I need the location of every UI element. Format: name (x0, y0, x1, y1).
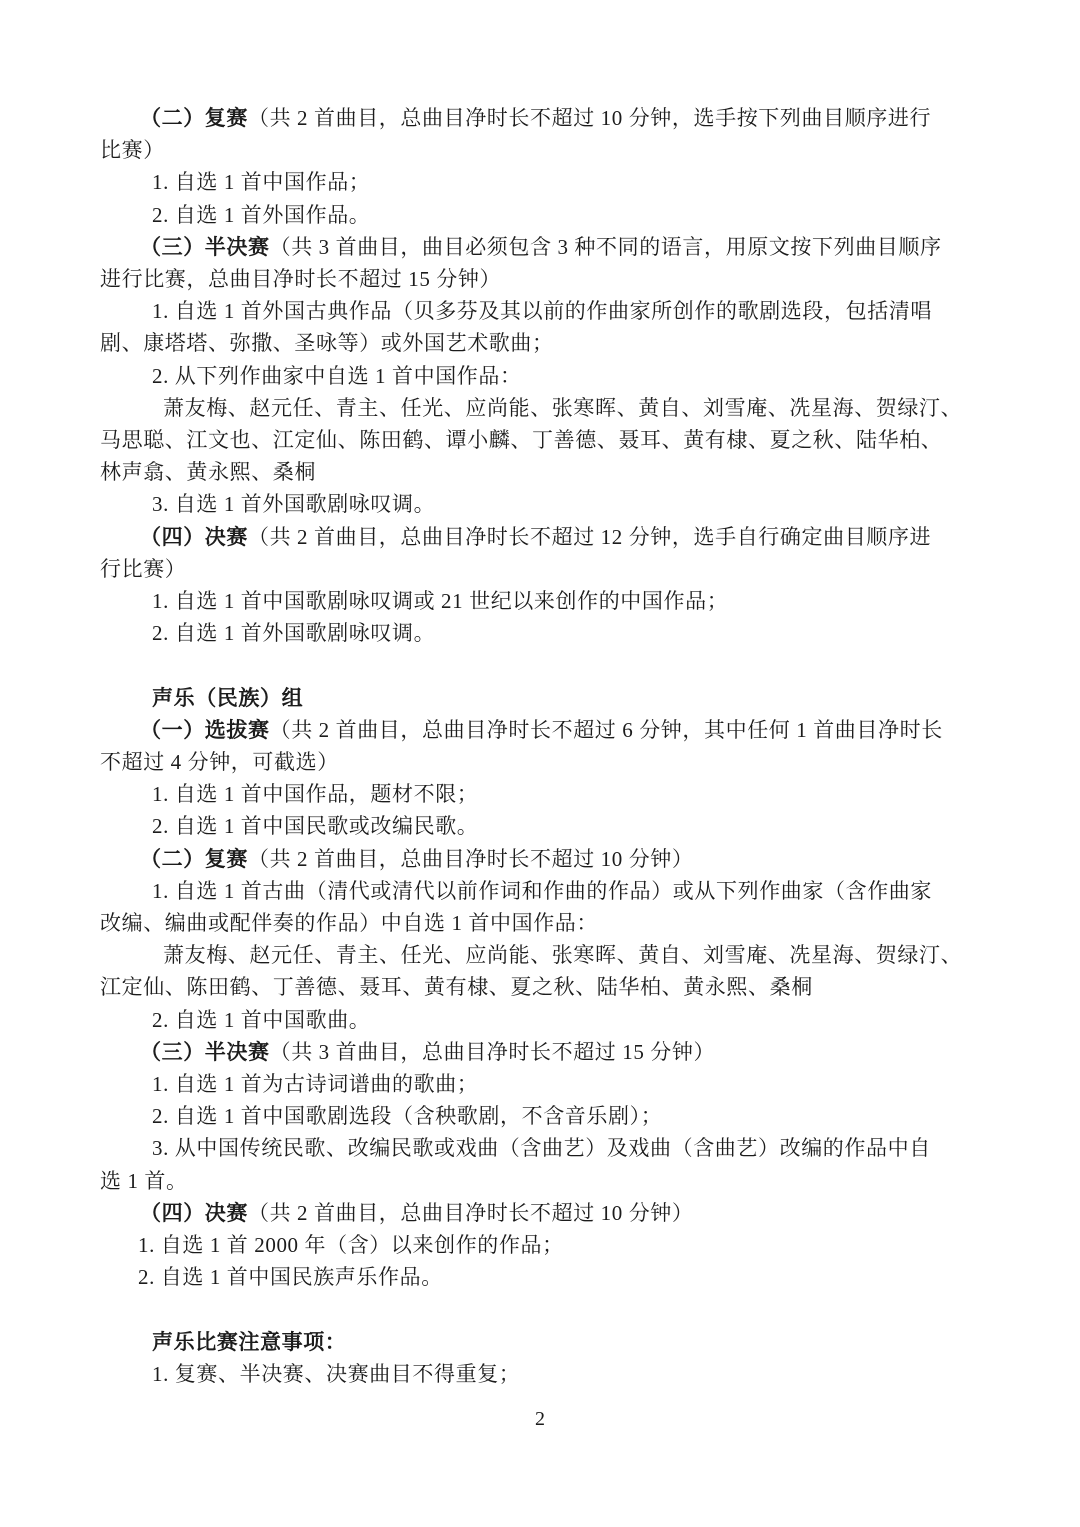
line-text: 林声翕、黄永熙、桑桐 (100, 460, 316, 484)
text-line: 选 1 首。 (100, 1165, 984, 1197)
line-text: （共 2 首曲目，总曲目净时长不超过 6 分钟，其中任何 1 首曲目净时长 (270, 718, 943, 742)
line-text: 江定仙、陈田鹤、丁善德、聂耳、黄有棣、夏之秋、陆华柏、黄永熙、桑桐 (100, 975, 813, 999)
text-line: 1. 自选 1 首中国歌剧咏叹调或 21 世纪以来创作的中国作品； (100, 585, 984, 617)
text-line: （四）决赛（共 2 首曲目，总曲目净时长不超过 12 分钟，选手自行确定曲目顺序… (100, 521, 984, 553)
text-line: 1. 自选 1 首中国作品； (100, 166, 984, 198)
text-line: 1. 自选 1 首中国作品，题材不限； (100, 778, 984, 810)
line-heading-label: （三）半决赛 (140, 235, 270, 259)
line-text: 2. 从下列作曲家中自选 1 首中国作品： (152, 364, 522, 388)
page-number: 2 (0, 1408, 1080, 1431)
line-text: 剧、康塔塔、弥撒、圣咏等）或外国艺术歌曲； (100, 331, 554, 355)
text-line: 声乐（民族）组 (100, 682, 984, 714)
text-line: 江定仙、陈田鹤、丁善德、聂耳、黄有棣、夏之秋、陆华柏、黄永熙、桑桐 (100, 971, 984, 1003)
text-line: （一）选拔赛（共 2 首曲目，总曲目净时长不超过 6 分钟，其中任何 1 首曲目… (100, 714, 984, 746)
text-line: 比赛） (100, 134, 984, 166)
text-line: （二）复赛（共 2 首曲目，总曲目净时长不超过 10 分钟，选手按下列曲目顺序进… (100, 102, 984, 134)
vocal-competition-notes: 声乐比赛注意事项：1. 复赛、半决赛、决赛曲目不得重复； (100, 1326, 984, 1390)
line-text: 比赛） (100, 138, 165, 162)
text-line: 马思聪、江文也、江定仙、陈田鹤、谭小麟、丁善德、聂耳、黄有棣、夏之秋、陆华柏、 (100, 424, 984, 456)
text-line: 不超过 4 分钟，可截选） (100, 746, 984, 778)
line-text: 2. 自选 1 首中国歌曲。 (152, 1008, 370, 1032)
text-line: （三）半决赛（共 3 首曲目，曲目必须包含 3 种不同的语言，用原文按下列曲目顺… (100, 231, 984, 263)
text-line: 3. 从中国传统民歌、改编民歌或戏曲（含曲艺）及戏曲（含曲艺）改编的作品中自 (100, 1132, 984, 1164)
text-line: 2. 从下列作曲家中自选 1 首中国作品： (100, 360, 984, 392)
text-line: 萧友梅、赵元任、青主、任光、应尚能、张寒晖、黄自、刘雪庵、冼星海、贺绿汀、 (100, 392, 984, 424)
text-line: 2. 自选 1 首外国歌剧咏叹调。 (100, 617, 984, 649)
line-text: 2. 自选 1 首中国歌剧选段（含秧歌剧，不含音乐剧）； (152, 1104, 662, 1128)
line-text: （共 2 首曲目，总曲目净时长不超过 10 分钟） (248, 847, 694, 871)
line-text: （共 2 首曲目，总曲目净时长不超过 10 分钟） (248, 1201, 694, 1225)
line-heading-label: 声乐比赛注意事项： (152, 1330, 346, 1354)
line-text: 1. 自选 1 首为古诗词谱曲的歌曲； (152, 1072, 478, 1096)
line-text: 不超过 4 分钟，可截选） (100, 750, 339, 774)
line-text: 2. 自选 1 首中国民族声乐作品。 (138, 1265, 443, 1289)
line-text: 萧友梅、赵元任、青主、任光、应尚能、张寒晖、黄自、刘雪庵、冼星海、贺绿汀、 (163, 396, 962, 420)
text-line: 进行比赛，总曲目净时长不超过 15 分钟） (100, 263, 984, 295)
text-line: （三）半决赛（共 3 首曲目，总曲目净时长不超过 15 分钟） (100, 1036, 984, 1068)
text-line: 林声翕、黄永熙、桑桐 (100, 456, 984, 488)
text-line: 1. 自选 1 首外国古典作品（贝多芬及其以前的作曲家所创作的歌剧选段，包括清唱 (100, 295, 984, 327)
line-text: 马思聪、江文也、江定仙、陈田鹤、谭小麟、丁善德、聂耳、黄有棣、夏之秋、陆华柏、 (100, 428, 942, 452)
line-text: 选 1 首。 (100, 1169, 188, 1193)
line-heading-label: （一）选拔赛 (140, 718, 270, 742)
line-heading-label: （二）复赛 (140, 847, 248, 871)
line-text: （共 2 首曲目，总曲目净时长不超过 10 分钟，选手按下列曲目顺序进行 (248, 106, 931, 130)
text-line: 行比赛） (100, 553, 984, 585)
line-text: （共 3 首曲目，总曲目净时长不超过 15 分钟） (270, 1040, 716, 1064)
line-text: 改编、编曲或配伴奏的作品）中自选 1 首中国作品： (100, 911, 598, 935)
document-page: （二）复赛（共 2 首曲目，总曲目净时长不超过 10 分钟，选手按下列曲目顺序进… (0, 0, 1080, 1527)
line-text: 3. 从中国传统民歌、改编民歌或戏曲（含曲艺）及戏曲（含曲艺）改编的作品中自 (152, 1136, 931, 1160)
text-line: 2. 自选 1 首中国民歌或改编民歌。 (100, 810, 984, 842)
line-heading-label: （二）复赛 (140, 106, 248, 130)
line-text: 行比赛） (100, 557, 186, 581)
line-text: 2. 自选 1 首中国民歌或改编民歌。 (152, 814, 478, 838)
text-line: 2. 自选 1 首中国歌曲。 (100, 1004, 984, 1036)
line-text: （共 2 首曲目，总曲目净时长不超过 12 分钟，选手自行确定曲目顺序进 (248, 525, 931, 549)
vocal-folk-group: 声乐（民族）组（一）选拔赛（共 2 首曲目，总曲目净时长不超过 6 分钟，其中任… (100, 682, 984, 1294)
text-line: 3. 自选 1 首外国歌剧咏叹调。 (100, 488, 984, 520)
text-line: （四）决赛（共 2 首曲目，总曲目净时长不超过 10 分钟） (100, 1197, 984, 1229)
line-text: 萧友梅、赵元任、青主、任光、应尚能、张寒晖、黄自、刘雪庵、冼星海、贺绿汀、 (163, 943, 962, 967)
text-line: 2. 自选 1 首中国民族声乐作品。 (100, 1261, 984, 1293)
text-line: 1. 自选 1 首古曲（清代或清代以前作词和作曲的作品）或从下列作曲家（含作曲家 (100, 875, 984, 907)
line-heading-label: （四）决赛 (140, 525, 248, 549)
vocal-bel-canto-rounds: （二）复赛（共 2 首曲目，总曲目净时长不超过 10 分钟，选手按下列曲目顺序进… (100, 102, 984, 649)
text-line: 声乐比赛注意事项： (100, 1326, 984, 1358)
line-text: 1. 自选 1 首中国歌剧咏叹调或 21 世纪以来创作的中国作品； (152, 589, 728, 613)
text-line: 1. 自选 1 首为古诗词谱曲的歌曲； (100, 1068, 984, 1100)
line-text: 1. 自选 1 首古曲（清代或清代以前作词和作曲的作品）或从下列作曲家（含作曲家 (152, 879, 932, 903)
line-text: 3. 自选 1 首外国歌剧咏叹调。 (152, 492, 435, 516)
line-heading-label: 声乐（民族）组 (152, 686, 303, 710)
text-line: 萧友梅、赵元任、青主、任光、应尚能、张寒晖、黄自、刘雪庵、冼星海、贺绿汀、 (100, 939, 984, 971)
text-line: 1. 自选 1 首 2000 年（含）以来创作的作品； (100, 1229, 984, 1261)
line-text: 2. 自选 1 首外国作品。 (152, 203, 370, 227)
line-text: 1. 自选 1 首 2000 年（含）以来创作的作品； (138, 1233, 564, 1257)
text-line: 剧、康塔塔、弥撒、圣咏等）或外国艺术歌曲； (100, 327, 984, 359)
text-line: 改编、编曲或配伴奏的作品）中自选 1 首中国作品： (100, 907, 984, 939)
line-text: 1. 自选 1 首中国作品； (152, 170, 370, 194)
line-text: 1. 自选 1 首中国作品，题材不限； (152, 782, 478, 806)
line-text: 1. 自选 1 首外国古典作品（贝多芬及其以前的作曲家所创作的歌剧选段，包括清唱 (152, 299, 932, 323)
text-line: （二）复赛（共 2 首曲目，总曲目净时长不超过 10 分钟） (100, 843, 984, 875)
text-line: 1. 复赛、半决赛、决赛曲目不得重复； (100, 1358, 984, 1390)
document-body: （二）复赛（共 2 首曲目，总曲目净时长不超过 10 分钟，选手按下列曲目顺序进… (100, 102, 984, 1390)
line-text: 1. 复赛、半决赛、决赛曲目不得重复； (152, 1362, 520, 1386)
text-line: 2. 自选 1 首中国歌剧选段（含秧歌剧，不含音乐剧）； (100, 1100, 984, 1132)
line-text: （共 3 首曲目，曲目必须包含 3 种不同的语言，用原文按下列曲目顺序 (270, 235, 942, 259)
line-heading-label: （四）决赛 (140, 1201, 248, 1225)
line-text: 进行比赛，总曲目净时长不超过 15 分钟） (100, 267, 501, 291)
line-heading-label: （三）半决赛 (140, 1040, 270, 1064)
line-text: 2. 自选 1 首外国歌剧咏叹调。 (152, 621, 435, 645)
text-line: 2. 自选 1 首外国作品。 (100, 199, 984, 231)
